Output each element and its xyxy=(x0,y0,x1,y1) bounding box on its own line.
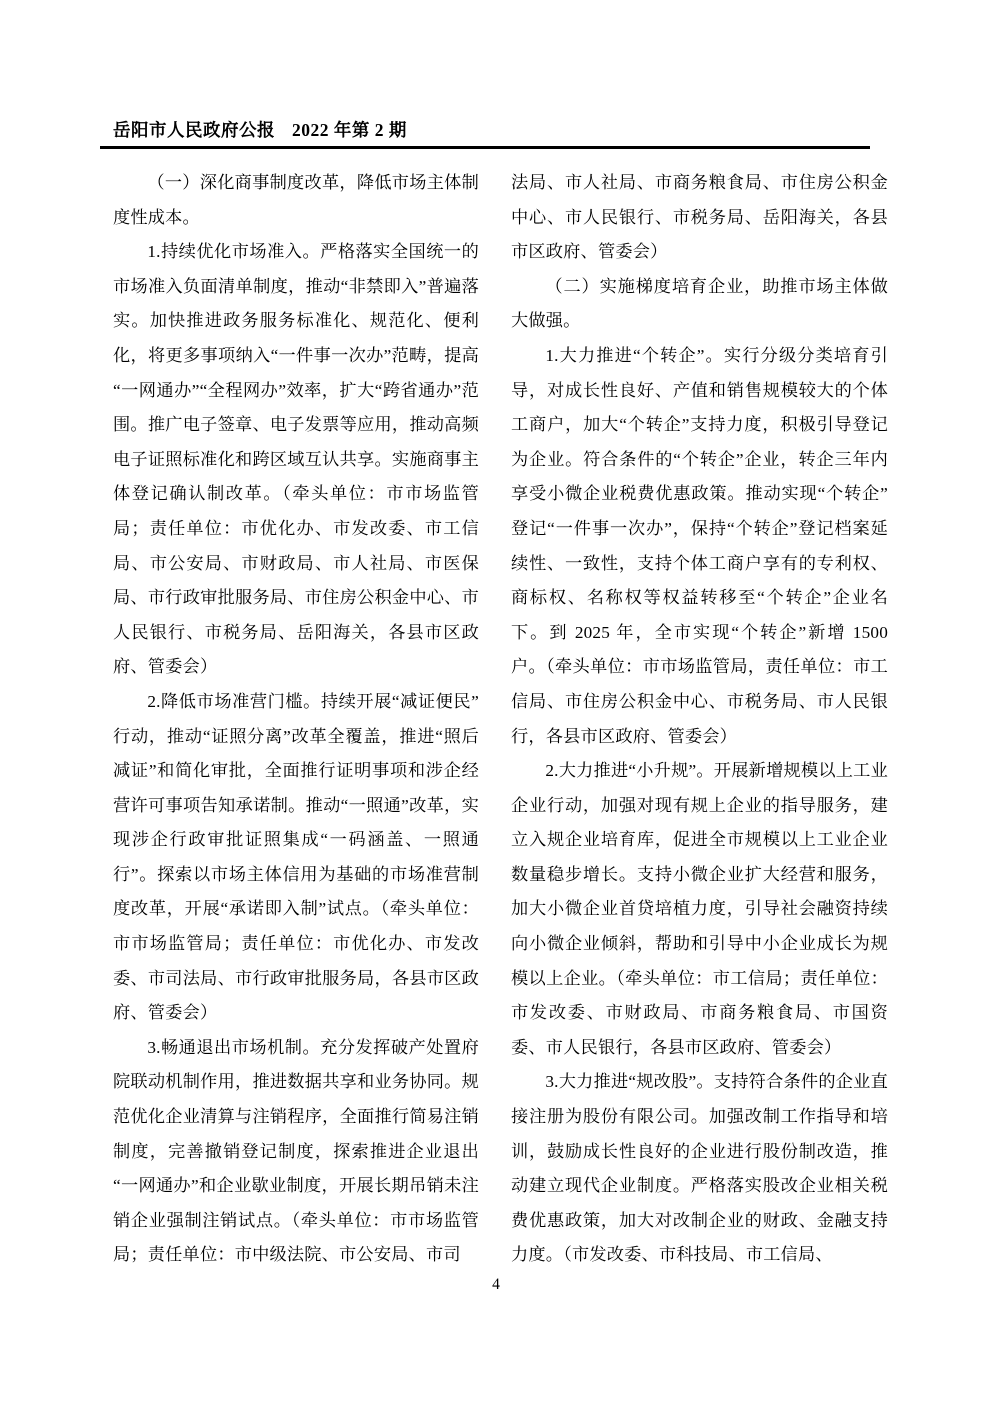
paragraph-item-1: 1.持续优化市场准入。严格落实全国统一的市场准入负面清单制度，推动“非禁即入”普… xyxy=(113,235,479,685)
paragraph-item-5: 2.大力推进“小升规”。开展新增规模以上工业企业行动，加强对现有规上企业的指导服… xyxy=(511,754,888,1065)
left-column: （一）深化商事制度改革，降低市场主体制度性成本。 1.持续优化市场准入。严格落实… xyxy=(113,166,479,1273)
paragraph-section-heading-1: （一）深化商事制度改革，降低市场主体制度性成本。 xyxy=(113,166,479,235)
paragraph-item-3: 3.畅通退出市场机制。充分发挥破产处置府院联动机制作用，推进数据共享和业务协同。… xyxy=(113,1031,479,1273)
issue-label: 2022 年第 2 期 xyxy=(292,120,407,140)
text-columns: （一）深化商事制度改革，降低市场主体制度性成本。 1.持续优化市场准入。严格落实… xyxy=(113,166,888,1273)
gazette-title: 岳阳市人民政府公报 xyxy=(113,120,275,140)
paragraph-item-2: 2.降低市场准营门槛。持续开展“减证便民”行动，推动“证照分离”改革全覆盖，推进… xyxy=(113,685,479,1031)
page-number: 4 xyxy=(0,1276,992,1294)
right-column: 法局、市人社局、市商务粮食局、市住房公积金中心、市人民银行、市税务局、岳阳海关，… xyxy=(511,166,888,1273)
paragraph-item-4: 1.大力推进“个转企”。实行分级分类培育引导，对成长性良好、产值和销售规模较大的… xyxy=(511,339,888,754)
header-rule xyxy=(100,146,870,149)
paragraph-item-3-continued: 法局、市人社局、市商务粮食局、市住房公积金中心、市人民银行、市税务局、岳阳海关，… xyxy=(511,166,888,270)
paragraph-section-heading-2: （二）实施梯度培育企业，助推市场主体做大做强。 xyxy=(511,270,888,339)
page-header: 岳阳市人民政府公报2022 年第 2 期 xyxy=(113,117,407,142)
paragraph-item-6: 3.大力推进“规改股”。支持符合条件的企业直接注册为股份有限公司。加强改制工作指… xyxy=(511,1065,888,1273)
